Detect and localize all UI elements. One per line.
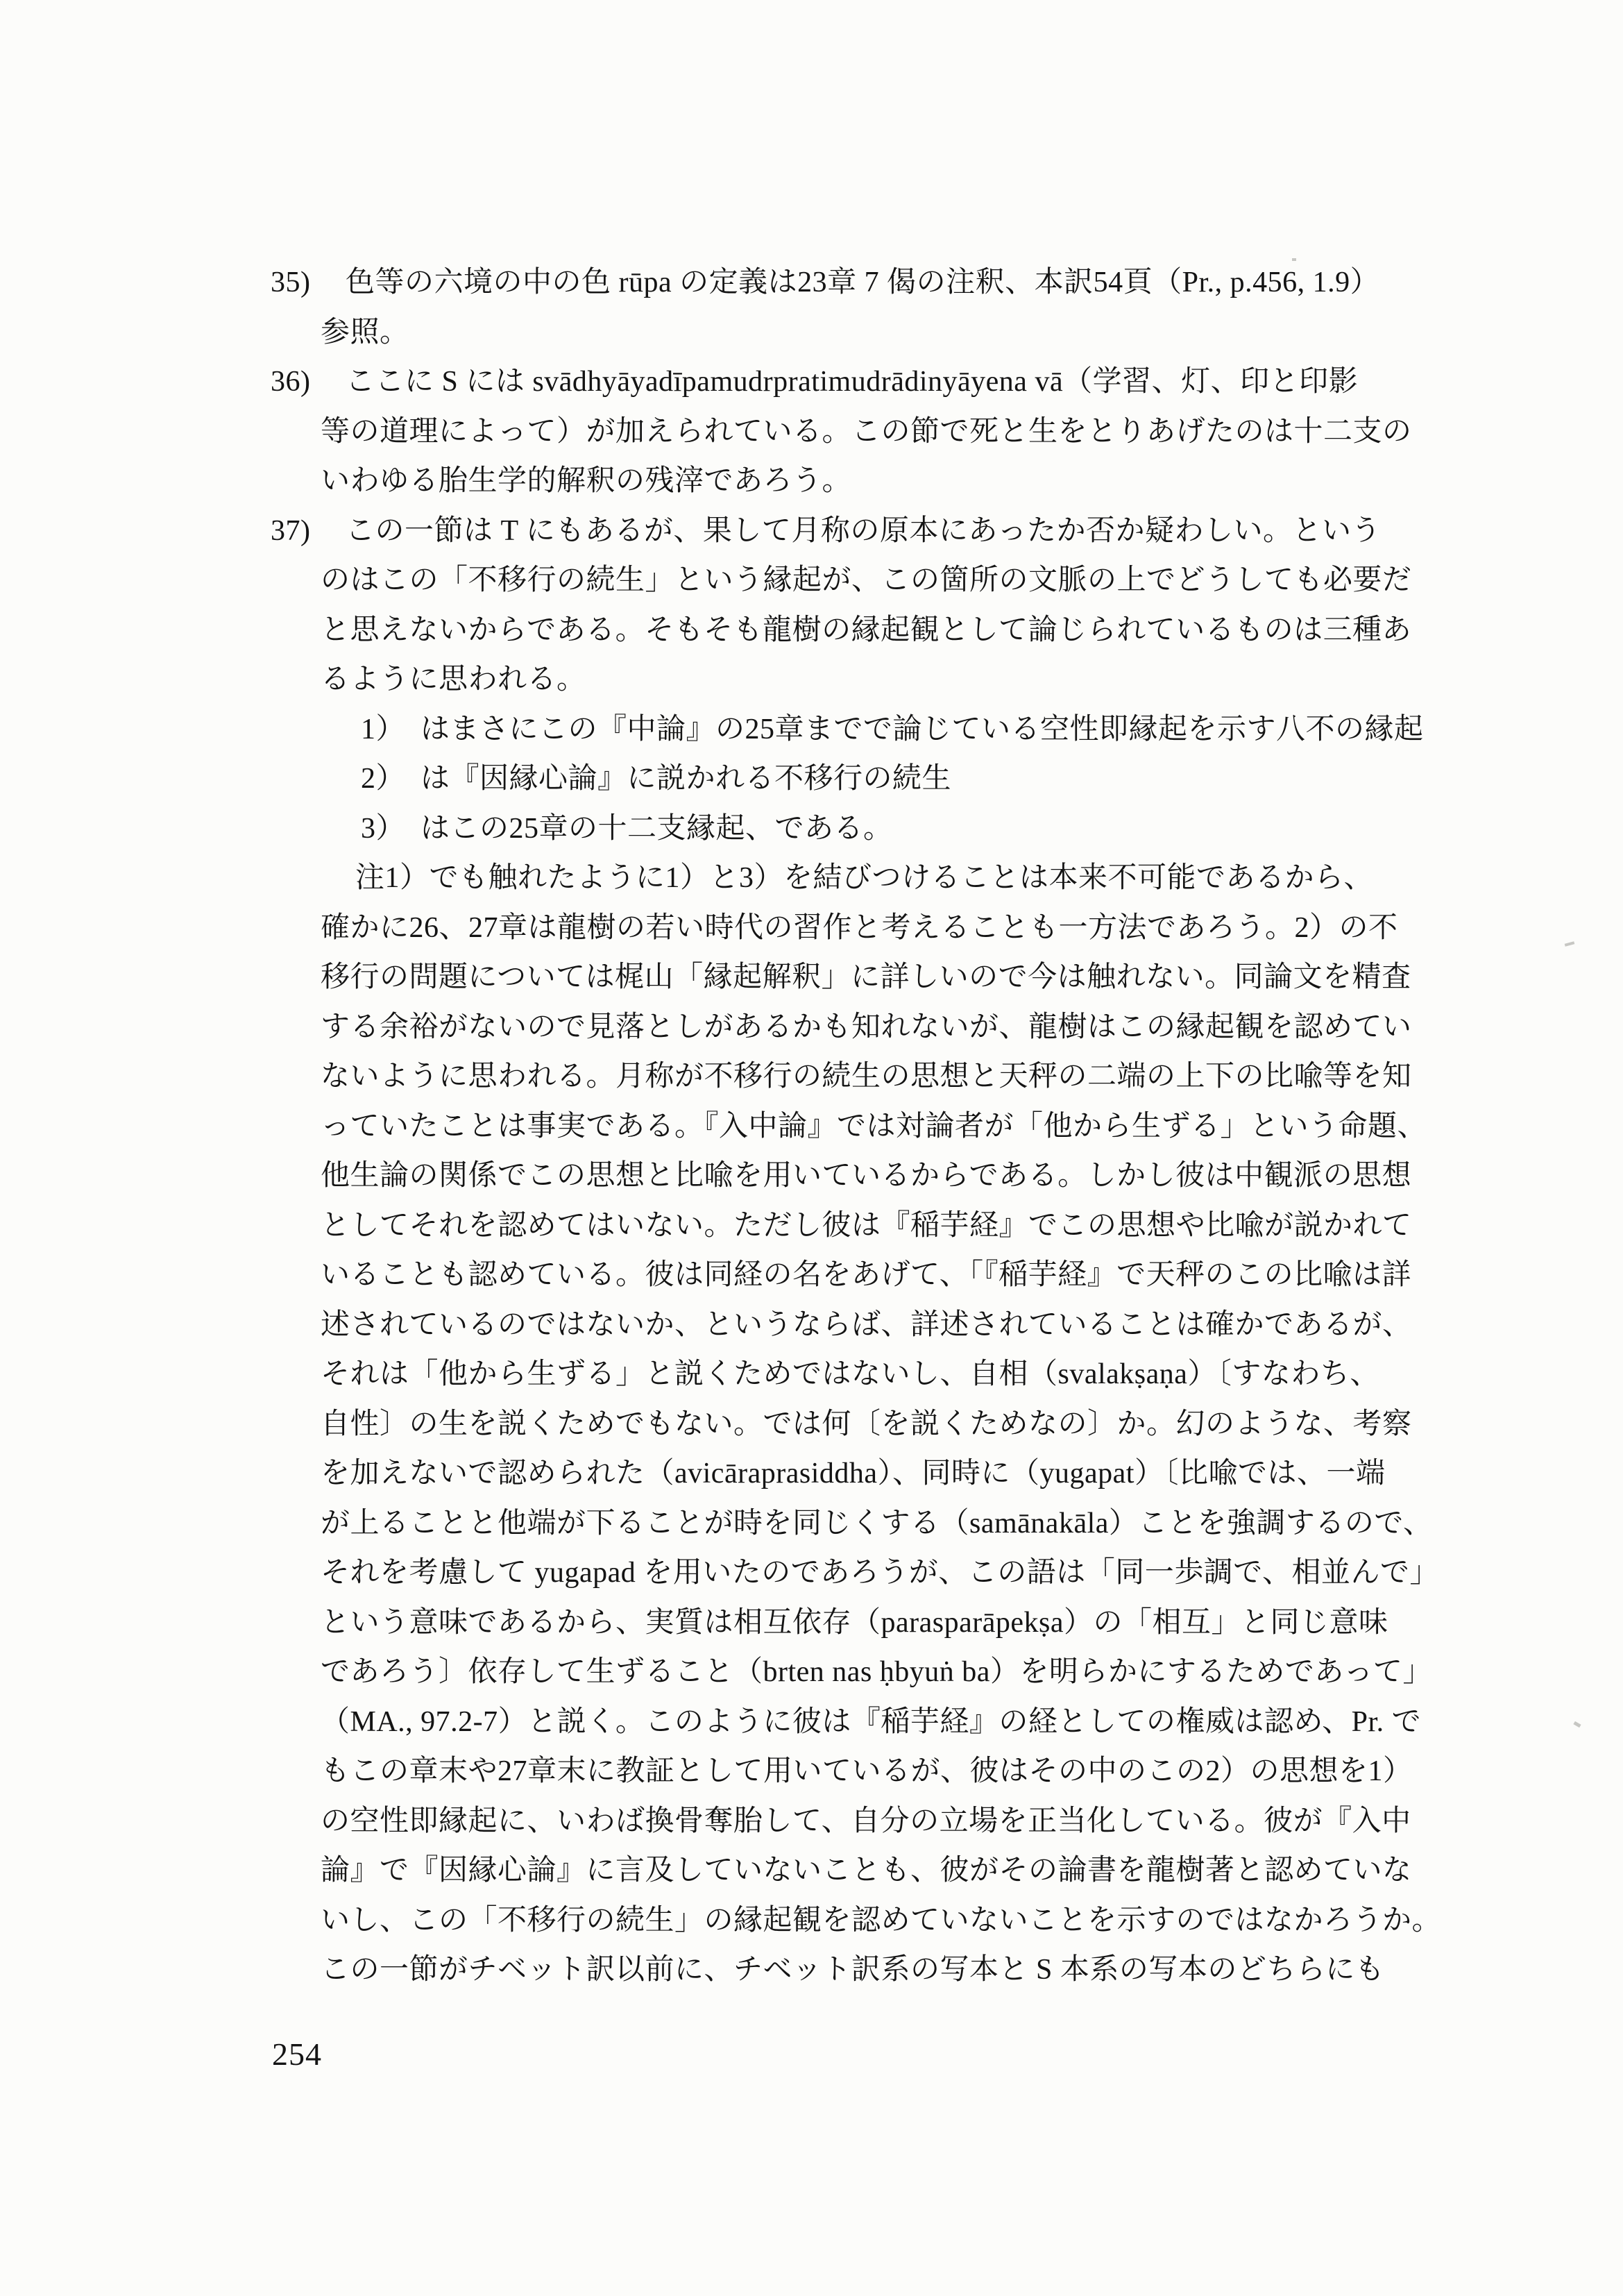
note-37-paragraph-line: の空性即縁起に、いわば換骨奪胎して、自分の立場を正当化している。彼が『入中 bbox=[321, 1797, 1492, 1847]
note-37-paragraph-line: ないように思われる。月称が不移行の続生の思想と天秤の二端の上下の比喩等を知 bbox=[321, 1052, 1492, 1102]
note-35-line: 参照。 bbox=[321, 308, 1492, 358]
note-37-paragraph-line: それを考慮して yugapad を用いたのであろうが、この語は「同一歩調で、相並… bbox=[321, 1548, 1492, 1598]
list-item-1: 1）はまさにこの『中論』の25章までで論じている空性即縁起を示す八不の縁起 bbox=[361, 705, 1492, 755]
list-item-3-number: 3） bbox=[361, 804, 420, 854]
note-37-paragraph-line: それは「他から生ずる」と説くためではないし、自相（svalakṣaṇa）〔すなわ… bbox=[321, 1350, 1492, 1400]
list-item-1-number: 1） bbox=[361, 705, 420, 755]
note-35-number: 35) bbox=[271, 258, 346, 308]
note-37-paragraph-line: もこの章末や27章末に教証として用いているが、彼はその中のこの2）の思想を1） bbox=[321, 1747, 1492, 1797]
note-37-line: と思えないからである。そもそも龍樹の縁起観として論じられているものは三種あ bbox=[321, 606, 1492, 656]
book-page: 35)色等の六境の中の色 rūpa の定義は23章 7 偈の注釈、本訳54頁（P… bbox=[0, 0, 1623, 2296]
note-37-line: 37)この一節は T にもあるが、果して月称の原本にあったか否か疑わしい。という bbox=[271, 507, 1492, 557]
note-37-paragraph-line: 移行の問題については梶山「縁起解釈」に詳しいので今は触れない。同論文を精査 bbox=[321, 953, 1492, 1003]
note-37-paragraph-line: であろう〕依存して生ずること（brten nas ḥbyuṅ ba）を明らかにす… bbox=[321, 1648, 1492, 1698]
note-37-paragraph-line: っていたことは事実である。『入中論』では対論者が「他から生ずる」という命題、 bbox=[321, 1102, 1492, 1152]
note-37-number: 37) bbox=[271, 507, 346, 557]
note-35-text: 色等の六境の中の色 rūpa の定義は23章 7 偈の注釈、本訳54頁（Pr.,… bbox=[346, 267, 1379, 298]
note-37-paragraph-line: （MA., 97.2-7）と説く。このように彼は『稲芋経』の経としての権威は認め… bbox=[321, 1698, 1492, 1748]
note-37-paragraph-line: 自性〕の生を説くためでもない。では何〔を説くためなの〕か。幻のような、考察 bbox=[321, 1400, 1492, 1450]
scan-speck bbox=[1573, 1721, 1581, 1728]
note-37-paragraph-line: 述されているのではないか、というならば、詳述されていることは確かであるが、 bbox=[321, 1301, 1492, 1351]
note-37-paragraph-line: という意味であるから、実質は相互依存（parasparāpekṣa）の「相互」と… bbox=[321, 1598, 1492, 1648]
list-item-2-number: 2） bbox=[361, 754, 420, 804]
note-37-text: この一節は T にもあるが、果して月称の原本にあったか否か疑わしい。という bbox=[346, 515, 1381, 547]
note-36-line: いわゆる胎生学的解釈の残滓であろう。 bbox=[321, 457, 1492, 507]
note-36-text: ここに S には svādhyāyadīpamudrpratimudrādiny… bbox=[346, 366, 1358, 398]
list-item-1-text: はまさにこの『中論』の25章までで論じている空性即縁起を示す八不の縁起 bbox=[420, 714, 1424, 745]
list-item-2-text: は『因縁心論』に説かれる不移行の続生 bbox=[420, 763, 951, 795]
note-37-paragraph-line: が上ることと他端が下ることが時を同じくする（samānakāla）ことを強調する… bbox=[321, 1499, 1492, 1549]
note-35-line: 35)色等の六境の中の色 rūpa の定義は23章 7 偈の注釈、本訳54頁（P… bbox=[271, 258, 1492, 308]
scan-speck bbox=[1292, 258, 1296, 261]
page-number: 254 bbox=[272, 2034, 322, 2075]
note-37-paragraph-line: 他生論の関係でこの思想と比喩を用いているからである。しかし彼は中観派の思想 bbox=[321, 1151, 1492, 1201]
note-37-paragraph-line: する余裕がないので見落としがあるかも知れないが、龍樹はこの縁起観を認めてい bbox=[321, 1003, 1492, 1053]
note-37-paragraph-line: 確かに26、27章は龍樹の若い時代の習作と考えることも一方法であろう。2）の不 bbox=[321, 904, 1492, 954]
scan-speck bbox=[1565, 941, 1575, 946]
note-37-paragraph-line: いることも認めている。彼は同経の名をあげて、「『稲芋経』で天秤のこの比喩は詳 bbox=[321, 1251, 1492, 1301]
list-item-3: 3）はこの25章の十二支縁起、である。 bbox=[361, 804, 1492, 854]
note-36-number: 36) bbox=[271, 357, 346, 407]
note-37-paragraph-line: としてそれを認めてはいない。ただし彼は『稲芋経』でこの思想や比喩が説かれて bbox=[321, 1201, 1492, 1251]
note-37-paragraph-line: いし、この「不移行の続生」の縁起観を認めていないことを示すのではなかろうか。 bbox=[321, 1896, 1492, 1946]
list-item-2: 2）は『因縁心論』に説かれる不移行の続生 bbox=[361, 754, 1492, 804]
note-37-line: るように思われる。 bbox=[321, 655, 1492, 705]
note-37-paragraph-line: 論』で『因縁心論』に言及していないことも、彼がその論書を龍樹著と認めていな bbox=[321, 1846, 1492, 1896]
note-36-line: 36)ここに S には svādhyāyadīpamudrpratimudrād… bbox=[271, 357, 1492, 407]
note-36-line: 等の道理によって）が加えられている。この節で死と生をとりあげたのは十二支の bbox=[321, 407, 1492, 457]
endnotes-section: 35)色等の六境の中の色 rūpa の定義は23章 7 偈の注釈、本訳54頁（P… bbox=[271, 258, 1492, 1995]
note-37-paragraph-line: を加えないで認められた（avicāraprasiddha）、同時に（yugapa… bbox=[321, 1449, 1492, 1499]
list-item-3-text: はこの25章の十二支縁起、である。 bbox=[420, 813, 893, 845]
note-37-paragraph-line: 注1）でも触れたように1）と3）を結びつけることは本来不可能であるから、 bbox=[321, 854, 1492, 904]
note-37-line: のはこの「不移行の続生」という縁起が、この箇所の文脈の上でどうしても必要だ bbox=[321, 556, 1492, 606]
note-37-paragraph-line: この一節がチベット訳以前に、チベット訳系の写本と S 本系の写本のどちらにも bbox=[321, 1945, 1492, 1995]
